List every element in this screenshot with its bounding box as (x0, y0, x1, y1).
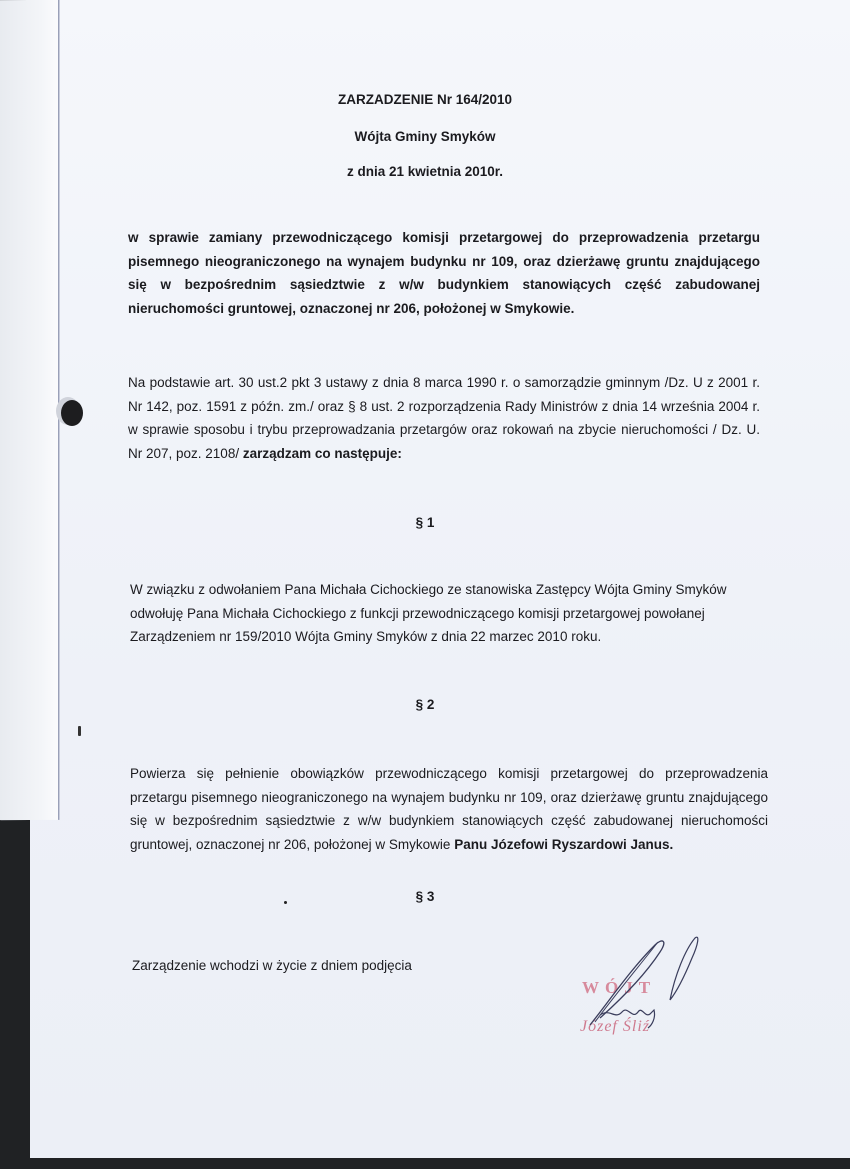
legal-basis-emphasis: zarządzam co następuje: (243, 446, 402, 461)
punch-hole (61, 400, 83, 426)
section-2-paragraph: Powierza się pełnienie obowiązków przewo… (130, 762, 768, 856)
section-3-heading: § 3 (0, 889, 850, 904)
subject-paragraph: w sprawie zamiany przewodniczącego komis… (128, 226, 760, 320)
section-2-heading: § 2 (0, 697, 850, 712)
section-2-emphasis: Panu Józefowi Ryszardowi Janus. (454, 837, 673, 852)
document-title: ZARZADZENIE Nr 164/2010 (0, 92, 850, 107)
section-1-heading: § 1 (0, 515, 850, 530)
signature-icon (570, 930, 710, 1040)
document-issuer: Wójta Gminy Smyków (0, 129, 850, 144)
document-date: z dnia 21 kwietnia 2010r. (0, 164, 850, 179)
section-3-text: Zarządzenie wchodzi w życie z dniem podj… (132, 954, 582, 978)
punch-mark (78, 726, 81, 736)
legal-basis-text: Na podstawie art. 30 ust.2 pkt 3 ustawy … (128, 375, 760, 461)
section-1-text: W związku z odwołaniem Pana Michała Cich… (130, 578, 770, 649)
legal-basis-paragraph: Na podstawie art. 30 ust.2 pkt 3 ustawy … (128, 371, 760, 465)
